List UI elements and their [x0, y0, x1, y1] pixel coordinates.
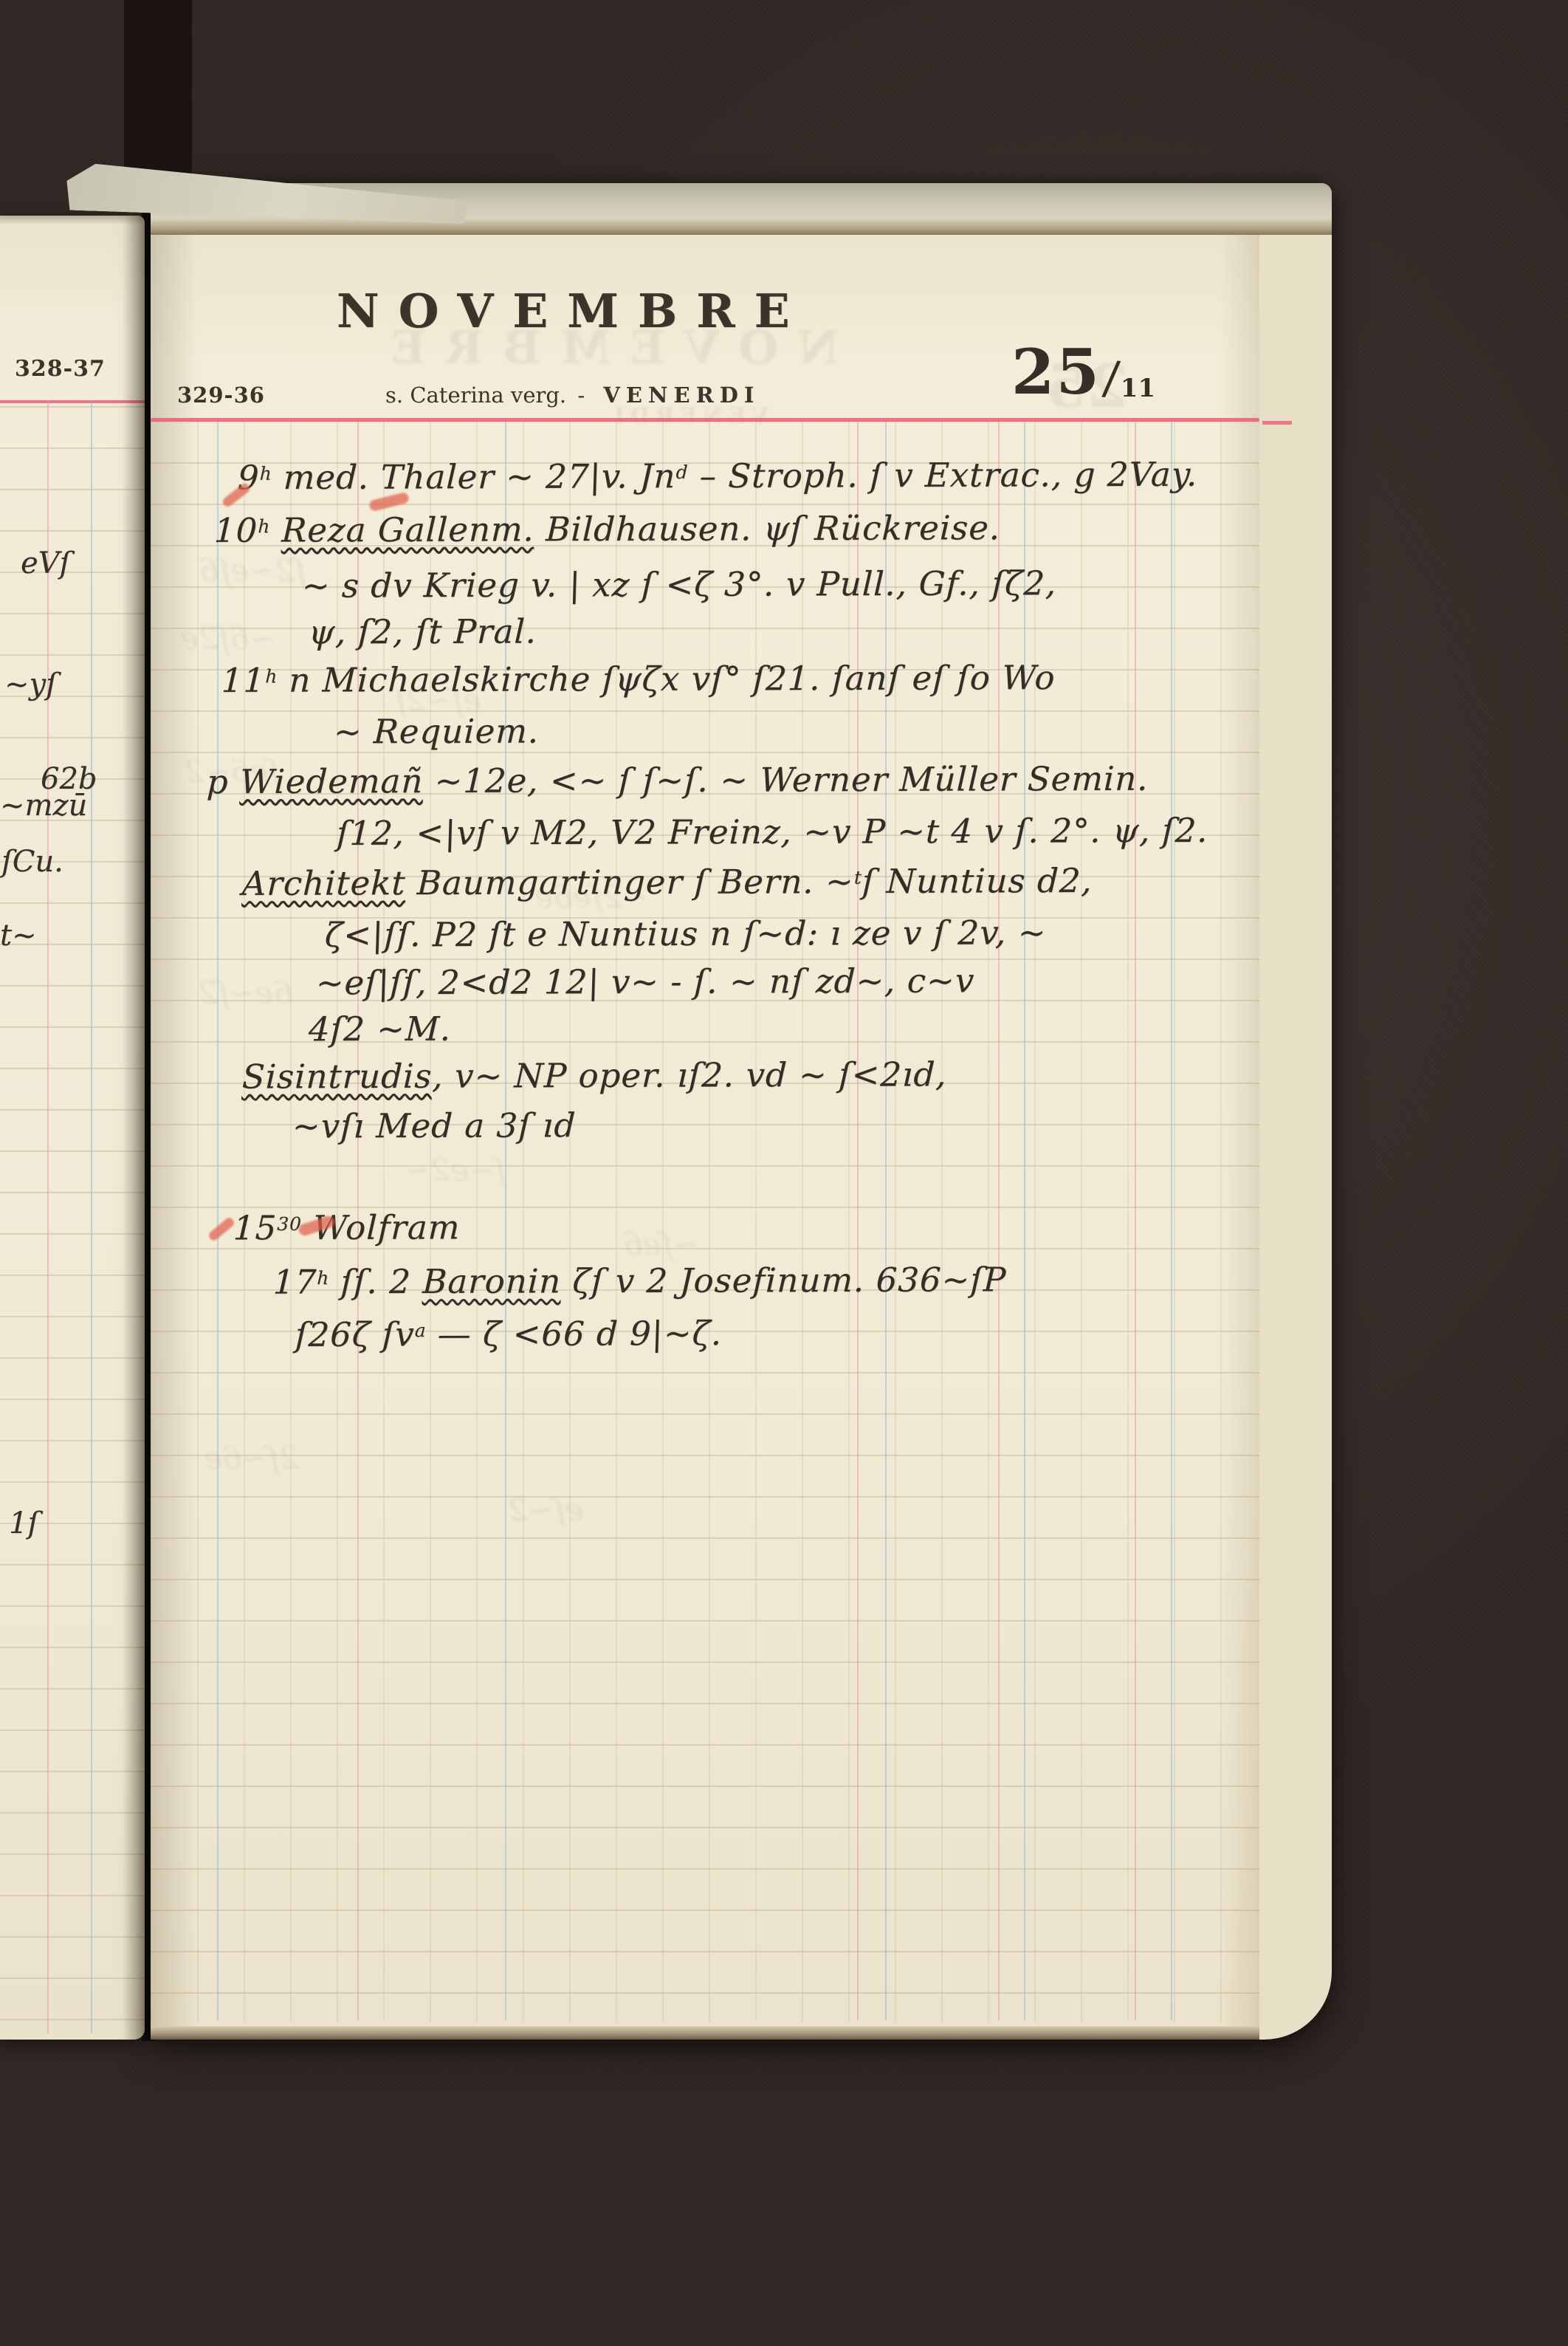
entry-text: h	[258, 515, 271, 537]
entry-line: ~ Requiem.	[333, 712, 540, 752]
ghost-handwriting: ~6ſ2e	[180, 620, 275, 656]
saint-label: s. Caterina verg.	[385, 383, 566, 408]
entry-text: ~ s dv Krieg v. | xz ſ <ζ 3°. v Pull., G…	[301, 563, 1057, 606]
ghost-handwriting: ſ2~eſ6	[199, 552, 306, 589]
column-line-blue	[1171, 419, 1172, 2020]
entry-line: 11h n Michaelskirche ſψζx vſ° ſ21. ſanſ …	[221, 658, 1056, 700]
handwriting-fragment: ~mzū	[0, 789, 87, 823]
entry-line: 9h med. Thaler ~ 27|v. Jnd – Stroph. ſ v…	[237, 455, 1198, 498]
entry-text: h	[317, 1267, 330, 1289]
entry-line: 10h Reza Gallenm. Bildhausen. ψſ Rückrei…	[213, 508, 1001, 550]
next-page-red-rule-peek	[1262, 421, 1292, 425]
ghost-handwriting: ſ~e2~	[405, 1152, 506, 1188]
column-line-pink	[1135, 419, 1136, 2020]
handwriting-fragment: t~	[0, 919, 37, 953]
handwriting-fragment: eVſ	[21, 546, 70, 580]
entry-line: ~ s dv Krieg v. | xz ſ <ζ 3°. v Pull., G…	[301, 563, 1057, 606]
entry-text: , v~ NP oper. ıſ2. vd ~ ſ<2ıd,	[432, 1054, 948, 1095]
entry-text: ſ26ζ ſv	[295, 1314, 415, 1354]
entry-text: 17	[272, 1263, 317, 1302]
entry-text: – Stroph. ſ v Extrac., g 2Vay.	[687, 455, 1198, 495]
previous-page-edge-shadow	[123, 216, 145, 2040]
entry-text: ζ<|ſſ. P2 ſt e Nuntius n ſ~d: ı ze v ſ 2…	[324, 913, 1047, 954]
entry-text: 11	[221, 661, 266, 700]
entry-text: ζſ v 2 Josefinum. 636~ſP	[560, 1260, 1007, 1300]
entry-text: 15	[233, 1208, 278, 1247]
entry-line: Architekt Baumgartinger ſ Bern. ~tſ Nunt…	[241, 861, 1093, 903]
weekday-label: VENERDI	[603, 383, 760, 408]
entry-text: ψ, ſ2, ſt Pral.	[308, 611, 537, 651]
entry-underlined-name: Sisintrudis	[241, 1057, 433, 1097]
ghost-handwriting: ~ſe6	[623, 1226, 698, 1262]
entry-text: h	[265, 665, 278, 687]
previous-page-number: 328-37	[15, 356, 106, 382]
saint-day-line: s. Caterina verg. - VENERDI	[385, 383, 760, 408]
entry-text: ſ12, <|vſ v M2, V2 Freinz, ~v P ~t 4 v ſ…	[336, 811, 1208, 853]
entry-line: ζ<|ſſ. P2 ſt e Nuntius n ſ~d: ı ze v ſ 2…	[324, 913, 1047, 954]
month-title: NOVEMBRE	[337, 284, 809, 338]
entry-text: d	[675, 462, 689, 483]
date-block: 25 / 11	[1011, 335, 1155, 408]
entry-line: ψ, ſ2, ſt Pral.	[308, 611, 537, 651]
entry-text: h	[259, 463, 272, 484]
entry-text: ~vſı Med a 3ſ ıd	[292, 1105, 577, 1145]
column-line-pink	[47, 400, 49, 2034]
entry-text	[269, 511, 282, 550]
separator: -	[577, 383, 585, 408]
entry-text: Bildhausen. ψſ Rückreise.	[534, 508, 1001, 549]
previous-page-strip: 328-37 eVſ~yſ62b~mzūſCu.t~1ſ	[0, 216, 145, 2040]
handwriting-fragment: ~yſ	[4, 668, 57, 702]
ghost-handwriting: 6e~ſ2	[198, 975, 293, 1011]
ghost-handwriting: 2ſ~6e	[204, 1440, 299, 1476]
entry-line: ſ12, <|vſ v M2, V2 Freinz, ~v P ~t 4 v ſ…	[336, 811, 1208, 853]
entry-line: ~eſ|ſſ, 2<d2 12| v~ - ſ. ~ nſ zd~, c~v	[315, 961, 975, 1002]
entry-text: Baumgartinger ſ Bern. ~	[405, 862, 855, 902]
entry-underlined-name: Architekt	[241, 863, 406, 903]
entry-text: ſſ. 2	[329, 1262, 423, 1301]
entry-text: n Michaelskirche ſψζx vſ° ſ21. ſanſ eſ ſ…	[277, 658, 1056, 700]
entry-text: ~12e, <~ ſ ſ~ſ. ~ Werner Müller Semin.	[423, 759, 1149, 800]
entry-line: 1530 Wolfram	[233, 1207, 461, 1247]
entry-text: 4ſ2 ~M.	[308, 1009, 452, 1049]
entry-line: Sisintrudis, v~ NP oper. ıſ2. vd ~ ſ<2ıd…	[241, 1054, 947, 1096]
entry-text: — ζ <66 d 9|~ζ.	[426, 1314, 723, 1354]
entry-text: ~eſ|ſſ, 2<d2 12| v~ - ſ. ~ nſ zd~, c~v	[315, 961, 975, 1002]
entry-line: 17h ſſ. 2 Baronin ζſ v 2 Josefinum. 636~…	[272, 1260, 1007, 1301]
ghost-handwriting: eſ~2	[508, 1492, 583, 1528]
entry-text: med. Thaler ~ 27|v. Jn	[272, 456, 677, 497]
photo-of-diary: { "colors": { "backdrop": "#372c28", "pa…	[0, 0, 1568, 2346]
page-number: 329-36	[177, 383, 265, 408]
entry-line: p Wiedemañ ~12e, <~ ſ ſ~ſ. ~ Werner Müll…	[206, 759, 1149, 801]
handwriting-fragment: 1ſ	[9, 1506, 38, 1540]
entry-underlined-name: Reza Gallenm.	[281, 510, 535, 549]
column-line-blue	[217, 419, 219, 2020]
diary-page: NOVEMBREVENERDI25ſ2~eſ6~6ſ2eeſ~2ſſe6~2~2…	[151, 235, 1259, 2026]
date-slash: /	[1101, 350, 1121, 405]
page-stack-right-edge	[1259, 229, 1332, 2040]
entry-text: a	[414, 1320, 427, 1341]
entry-text: ~ Requiem.	[333, 712, 540, 752]
handwriting-fragment: ſCu.	[1, 845, 63, 879]
entry-text: p	[206, 762, 241, 801]
entry-underlined-name: Baronin	[422, 1261, 563, 1301]
entry-text: ſ Nuntius d2,	[862, 861, 1093, 901]
day-number: 25	[1011, 335, 1101, 408]
entry-line: ~vſı Med a 3ſ ıd	[292, 1105, 577, 1145]
month-number: 11	[1121, 374, 1155, 403]
column-line-blue	[91, 400, 92, 2034]
entry-line: ſ26ζ ſva — ζ <66 d 9|~ζ.	[295, 1314, 723, 1354]
entry-line: 4ſ2 ~M.	[308, 1009, 452, 1049]
page-stack-bottom-edge	[151, 2026, 1259, 2040]
entry-underlined-name: Wiedemañ	[239, 761, 424, 801]
entry-text: 10	[213, 511, 258, 550]
diary-book: NOVEMBREVENERDI25ſ2~eſ6~6ſ2eeſ~2ſſe6~2~2…	[151, 183, 1332, 2040]
